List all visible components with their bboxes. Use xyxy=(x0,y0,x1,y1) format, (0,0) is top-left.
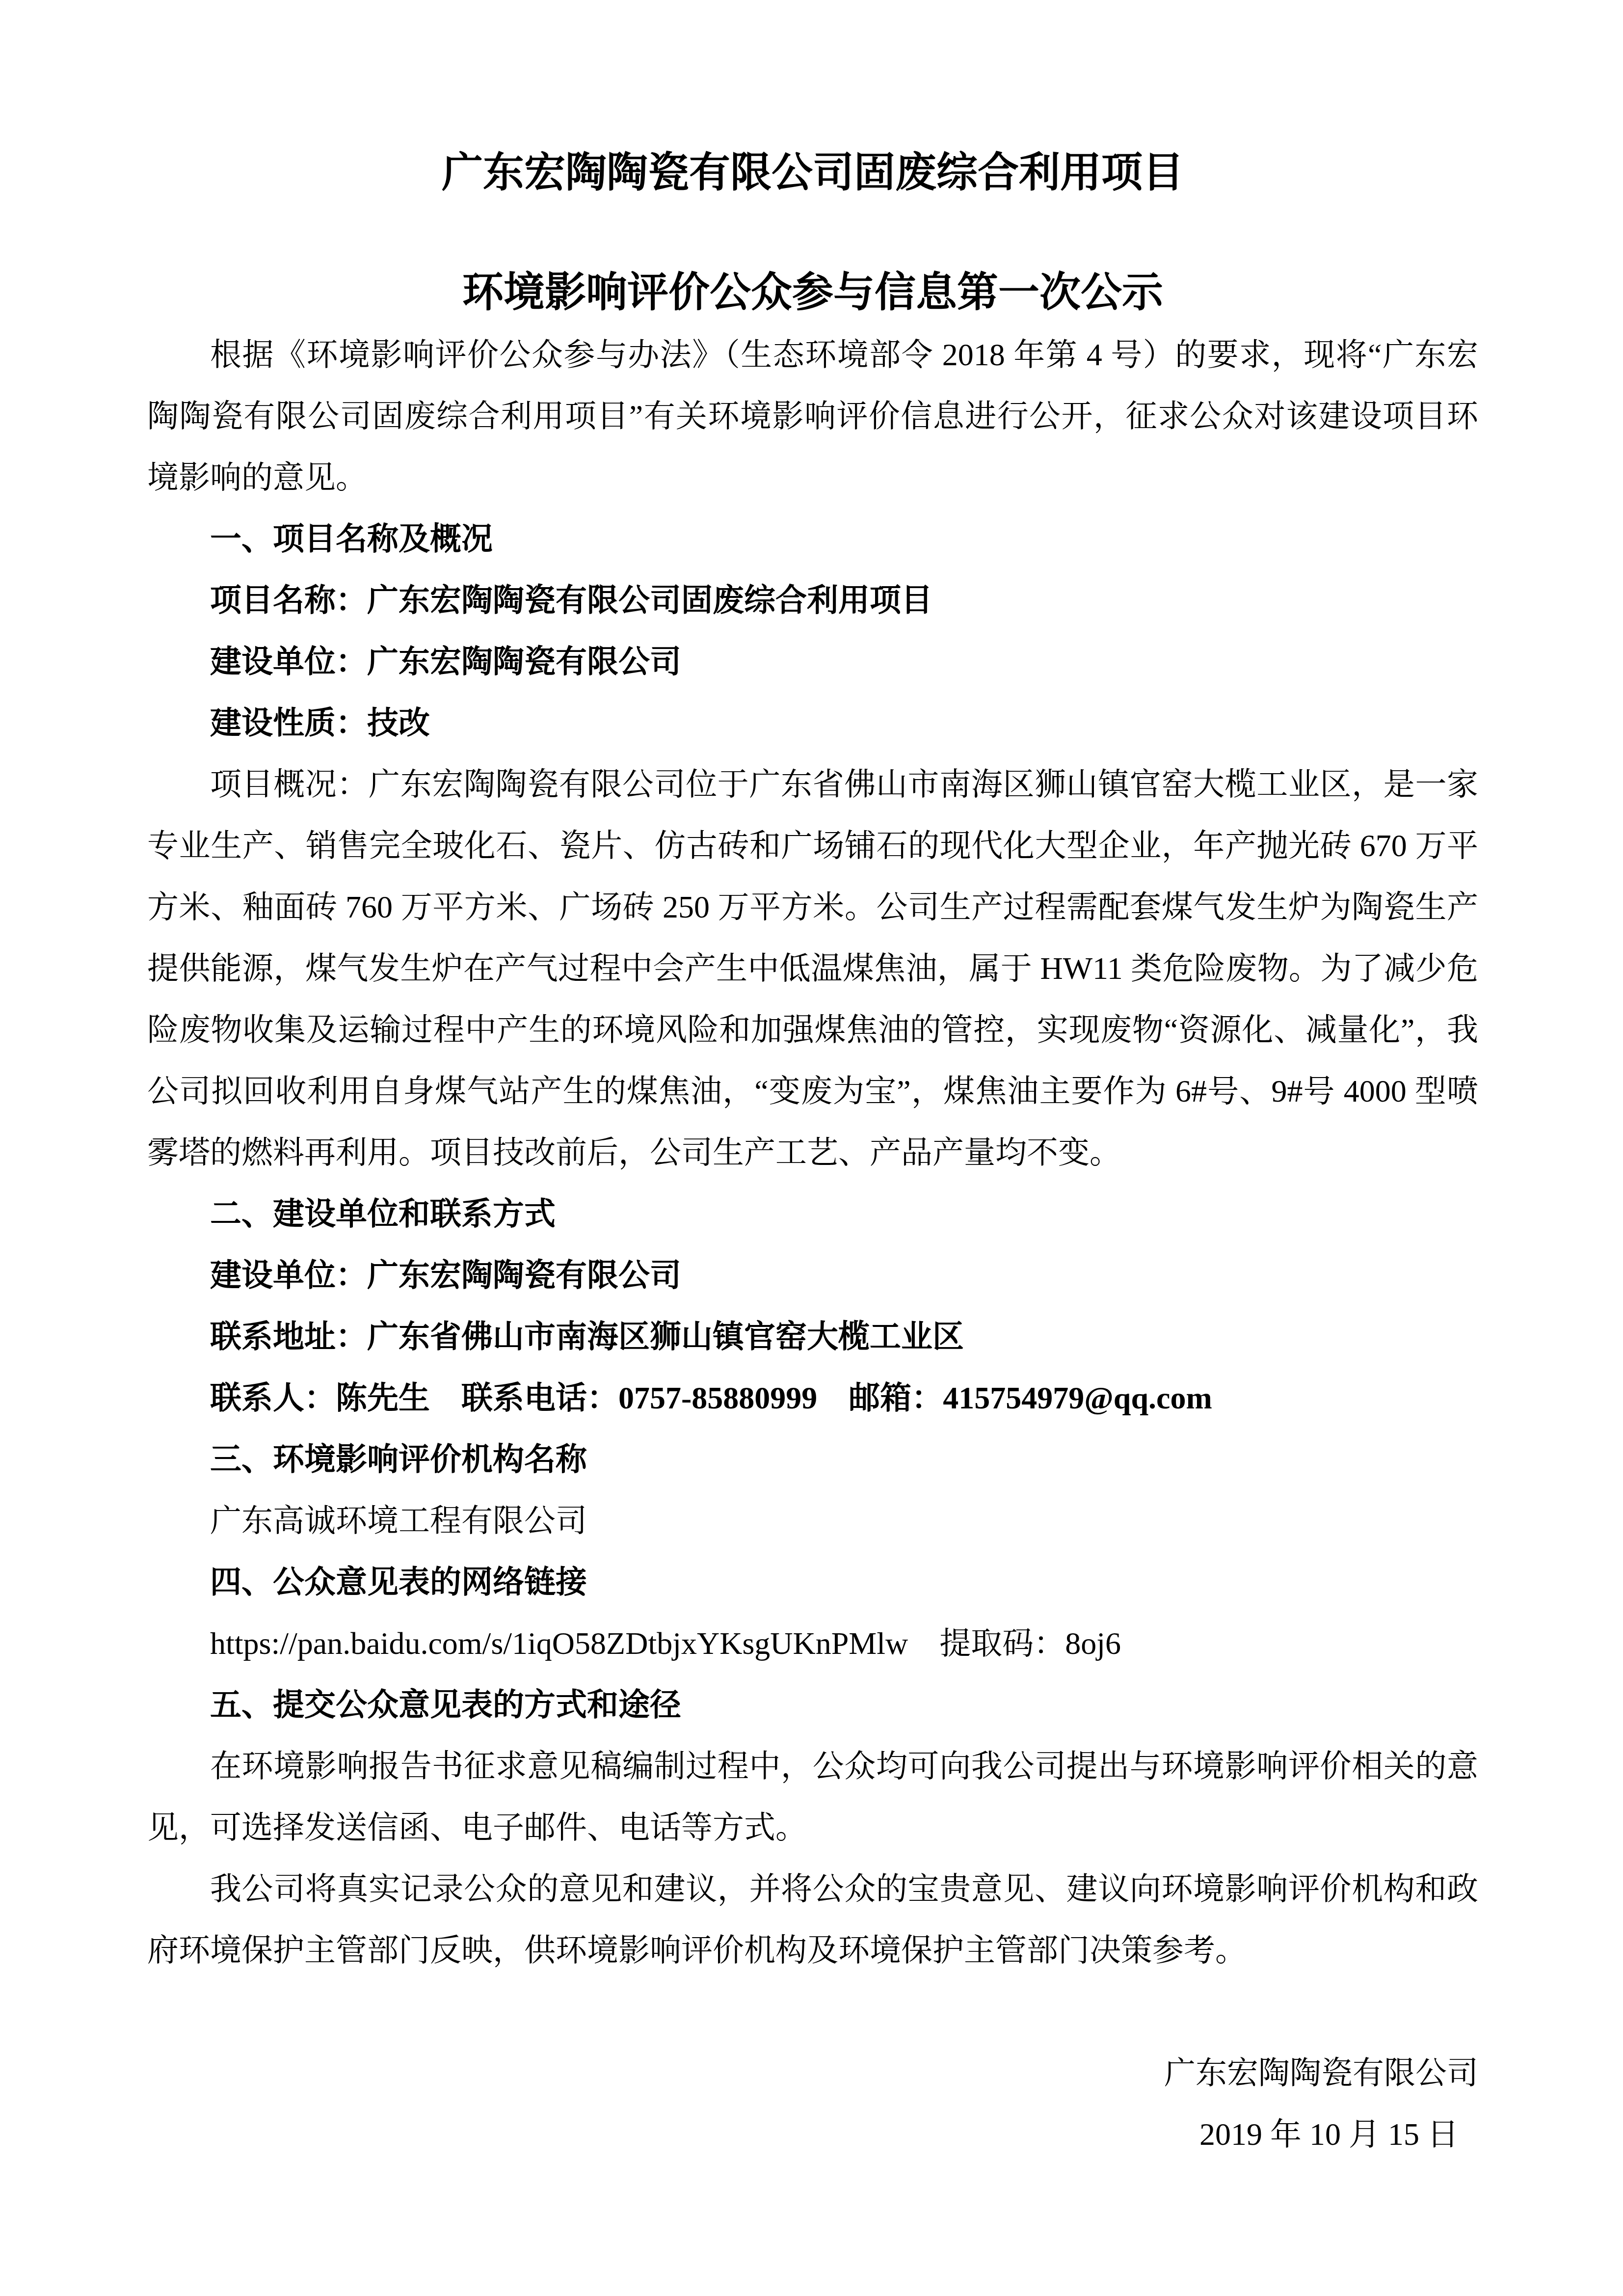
project-overview-paragraph: 项目概况：广东宏陶陶瓷有限公司位于广东省佛山市南海区狮山镇官窑大榄工业区，是一家… xyxy=(147,754,1478,1183)
section4-heading: 四、公众意见表的网络链接 xyxy=(147,1551,1478,1613)
contact-person-line: 联系人：陈先生 联系电话：0757-85880999 邮箱：415754979@… xyxy=(147,1367,1478,1429)
project-name-line: 项目名称：广东宏陶陶瓷有限公司固废综合利用项目 xyxy=(147,569,1478,631)
commitment-paragraph: 我公司将真实记录公众的意见和建议，并将公众的宝贵意见、建议向环境影响评价机构和政… xyxy=(147,1858,1478,1981)
section3-heading: 三、环境影响评价机构名称 xyxy=(147,1429,1478,1490)
section5-heading: 五、提交公众意见表的方式和途径 xyxy=(147,1674,1478,1735)
construction-nature-line: 建设性质：技改 xyxy=(147,692,1478,754)
document-title-line2: 环境影响评价公众参与信息第一次公示 xyxy=(147,272,1478,314)
eia-agency-name: 广东高诚环境工程有限公司 xyxy=(147,1490,1478,1551)
intro-paragraph: 根据《环境影响评价公众参与办法》（生态环境部令 2018 年第 4 号）的要求，… xyxy=(147,324,1478,508)
document-title-line1: 广东宏陶陶瓷有限公司固废综合利用项目 xyxy=(147,153,1478,194)
document-page: 广东宏陶陶瓷有限公司固废综合利用项目 环境影响评价公众参与信息第一次公示 根据《… xyxy=(0,0,1623,2296)
section2-heading: 二、建设单位和联系方式 xyxy=(147,1183,1478,1244)
construction-unit-line: 建设单位：广东宏陶陶瓷有限公司 xyxy=(147,631,1478,692)
public-comment-link-line: https://pan.baidu.com/s/1iqO58ZDtbjxYKsg… xyxy=(147,1613,1478,1674)
signature-company: 广东宏陶陶瓷有限公司 xyxy=(147,2042,1478,2104)
contact-address-line: 联系地址：广东省佛山市南海区狮山镇官窑大榄工业区 xyxy=(147,1306,1478,1367)
signature-date: 2019 年 10 月 15 日 xyxy=(147,2104,1478,2165)
signature-block: 广东宏陶陶瓷有限公司 2019 年 10 月 15 日 xyxy=(147,2042,1478,2165)
section1-heading: 一、项目名称及概况 xyxy=(147,508,1478,569)
feedback-methods-paragraph: 在环境影响报告书征求意见稿编制过程中，公众均可向我公司提出与环境影响评价相关的意… xyxy=(147,1735,1478,1858)
section2-construction-unit-line: 建设单位：广东宏陶陶瓷有限公司 xyxy=(147,1244,1478,1306)
